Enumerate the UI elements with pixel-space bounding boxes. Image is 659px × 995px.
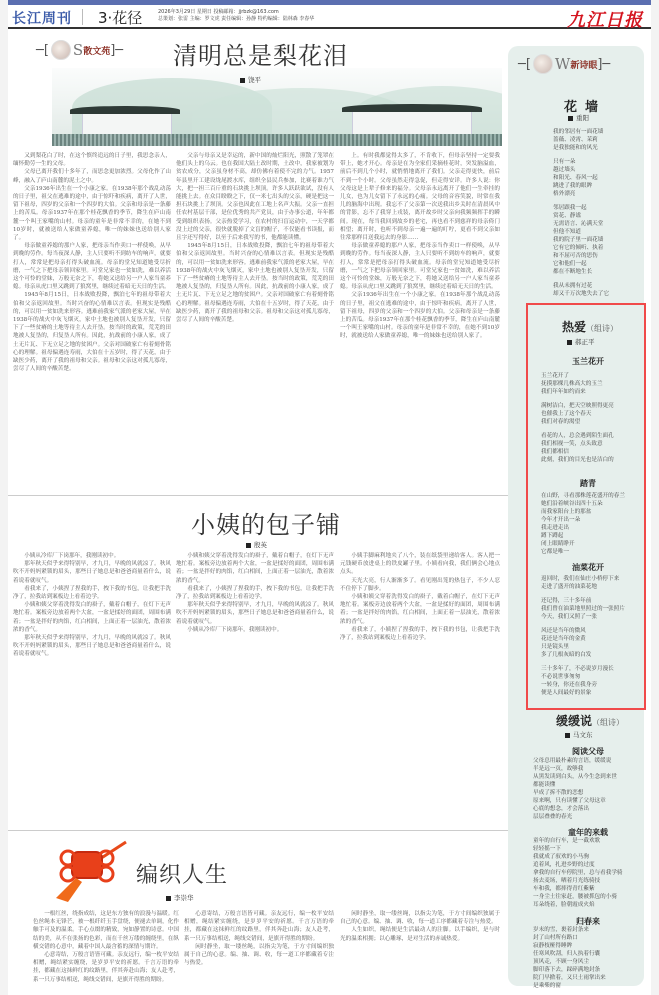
paragraph: 闲时静坐，取一缕丝绳，以指尖为笔，于方寸间编织独属于自己的心意。编、抽、调、收，…: [184, 943, 334, 968]
column-letter: W: [555, 55, 570, 73]
poem-line: 便是人间最好的景象: [541, 689, 645, 697]
poem-line: 只有一朵: [553, 158, 643, 166]
stanza: 邻居跟我一起 赏花、静谧 无需语言、沁满天堂 但他不知道 我的院子里一面花墙 它…: [553, 204, 643, 276]
article1-column-3: 上。有时我都觉得太多了，不肯收下，但母亲坚持一定要我带上，她才开心。母亲是在为全…: [340, 152, 500, 487]
stanza: 满树洁白，把天空映照得更亮 也催我上了这个春天 我们对春的渴望: [541, 402, 645, 426]
paragraph: 一根红丝，绕指成结，这是东方独有的浪漫与温暖。红色丝绳本无锋芒，被一根纤纤玉手盘…: [33, 910, 179, 951]
poem-line: 都在不断地生长: [553, 268, 643, 276]
poem-line: 无需语言、沁满天堂: [553, 220, 643, 228]
poem-line: 我们都相信: [541, 448, 645, 456]
paragraph: 闲时静坐，取一缕丝绳，以指尖为笔，于方寸间编织独属于自己的心意。编、抽、调、收，…: [340, 910, 500, 926]
bullet-square-icon: [240, 78, 245, 83]
poem-line: 看花的人，总会遇到陌生面孔: [541, 432, 645, 440]
poem-line: 车和我，都摔得青红紫紫: [533, 885, 645, 893]
poem-line: 顶风走，不顾一身风尘: [533, 958, 645, 966]
paragraph: 小姨和姨父穿着洗得发白的褂子，戴着白帽子，在灯下无声地忙着。案板旁边放着两个大盆…: [340, 593, 500, 626]
stanza: 还记得，三十多年前 我们曾在油菜地里照过的一张照片 今天，我们又照了一张: [541, 597, 645, 621]
paragraph: 小姨从冷库厂下岗那年，我刚读初中。: [176, 626, 334, 634]
poem-line: 在山野，寻看那株莲花盛开的春兰: [541, 492, 645, 500]
poem-line: 却又千万次地失去了它: [553, 290, 643, 298]
poem-line: 三十多年了，不必说岁月漫长: [541, 665, 645, 673]
poem-line: 父母总用最朴素的言语，缓缓说: [533, 757, 645, 765]
poem-line: 它有它的倾听、执着: [553, 244, 643, 252]
poem-line: 是乘柴的窗: [533, 982, 645, 990]
poem-line: 只是镜头里: [541, 643, 645, 651]
article1-column-2: 父亲与母亲又是幸运的，新中国的灿烂阳光，照散了笼罩在他们头上的乌云。也在我国大陆…: [176, 152, 334, 487]
paragraph: 那年秋天似乎来得特别早，才九月，早晚的风就凉了。秋风吹不开妈妈紧锁的眉头，那些日…: [13, 560, 171, 585]
paragraph: 看我来了，小姨捏了捏我的手，拽下我的书包，让我把手洗净了，拉我站到案板边上看着边…: [176, 585, 334, 601]
stanza: 三十多年了，不必说岁月漫长 不必说世事匆匆 一转身，你还在我身旁 便是人间最好的…: [541, 665, 645, 697]
poem-line: 我们曾在油菜地里照过的一张照片: [541, 605, 645, 613]
poem-line: 和不屈可否的思伤: [553, 252, 643, 260]
stanza: 只有一朵 越过墙头 和阳光、春风一起 跳进了我的眼眸 格外漂亮: [553, 158, 643, 198]
poem-line: 扬去麦场，晒着月光练骑技: [533, 877, 645, 885]
poem-line: 我从未拥有过花: [553, 282, 643, 290]
poem2-title: 热爱（组诗）: [540, 318, 640, 335]
article2-byline: 殷英: [246, 540, 267, 549]
paragraph: 看我来了，小姨捏了捏我的手，拽下我的书包，让我把手洗净了，拉我站到案板边上看着边…: [13, 585, 171, 601]
paragraph: 那年秋天似乎来得特别早，才九月，早晚的风就凉了。秋风吹不开妈妈紧锁的眉头，那些日…: [13, 634, 171, 659]
author-name: 李崇华: [174, 894, 194, 902]
bullet-square-icon: [567, 340, 572, 345]
article1-byline: 饶平: [240, 75, 261, 84]
poem-line: 还记得，三十多年前: [541, 597, 645, 605]
paragraph: 1945年8月15日，日本战败投降，飘泊七年的祖母带着大伯和父亲返回故里。当时兴…: [13, 291, 171, 373]
paragraph: 父亲与母亲又是幸运的，新中国的灿烂阳光，照散了笼罩在他们头上的乌云。也在我国大陆…: [176, 152, 334, 242]
poem-line: 一身尘土往家赶，腰被抓包的小骑: [533, 893, 645, 901]
article2-column-2: 小姨和姨父穿着洗得发白的褂子，戴着白帽子，在灯下无声地忙着。案板旁边放着两个大盆…: [176, 552, 334, 822]
column-letter: S: [73, 41, 83, 59]
poem-line: 早成了拆不散的恋想: [533, 789, 645, 797]
article2-column-1: 小姨从冷库厂下岗那年，我刚读初中。 那年秋天似乎来得特别早，才九月，早晚的风就凉…: [13, 552, 171, 822]
poem2-title-text: 热爱: [562, 320, 586, 334]
poem-line: 岁末的雪，裹着封条来: [533, 926, 645, 934]
poem-line: 我就成了驭欢的小马驹: [533, 853, 645, 861]
poem2-section1-body: 玉兰花开了 抚摸那棵几株高大的玉兰 我们年年如约而来 满树洁白，把天空映照得更亮…: [541, 372, 645, 470]
stanza: 在山野，寻看那株莲花盛开的春兰 她们沿着峡谷出四十五朵 而我家阳台上的那盆 今年…: [541, 492, 645, 556]
column-tag-poetry: ─[ W 新诗眼 ]─: [518, 54, 610, 74]
paragraph: 小姨从冷库厂下岗那年，我刚读初中。: [13, 552, 171, 560]
poem-line: 但他不知道: [553, 228, 643, 236]
column-name: 散文苑: [83, 44, 110, 57]
poem-line: 越过墙头: [553, 166, 643, 174]
author-name: 饶平: [248, 76, 261, 84]
paragraph: 母亲做童养媳的那户人家，把母亲当作卖口一样使唤，从早到晚的劳作。每当夜深人静，主…: [340, 242, 500, 291]
header-meta: 2026年3月29日 星期日 投稿邮箱：jjrbzk@163.com 总策划：张…: [158, 9, 358, 23]
poem-line: 从黑发读到白头，从今生念到来世: [533, 773, 645, 781]
article3-title: 编织人生: [136, 858, 228, 889]
bracket-right-icon: ]─: [110, 43, 123, 58]
stanza: 童年的自行车，是一截欢歌 轻轻摇一下 我就成了驭欢的小马驹 追着风，扎进乡野的过…: [533, 837, 645, 909]
poem-line: 是我独能和的风光: [553, 144, 643, 152]
paragraph: 母亲做童养媳的那户人家，把母亲当作卖口一样使唤，从早到晚的劳作。每当夜深人静，主…: [13, 242, 171, 291]
paragraph: 上。有时我都觉得太多了，不肯收下，但母亲坚持一定要我带上，她才开心。母亲是在为全…: [340, 152, 500, 242]
stanza: 父母总用最朴素的言语，缓缓说 半是远一页，故够我 从黑发读到白头，从今生念到来世…: [533, 757, 645, 821]
poem-line: 层层叠叠的春光: [533, 813, 645, 821]
article3-byline: 李崇华: [166, 893, 194, 902]
article2-column-3: 小姨手脚麻利地夹了八个，装在纸袋里递给客人。客人把一元钱硬币放进桌上的铁皮罐子里…: [340, 552, 500, 822]
poem-line: 心底的想念，才会落出: [533, 805, 645, 813]
staff-line: 总策划：张雷 主编：罗文虎 责任编辑：孙静 特约编辑：陆林森 李春华: [158, 16, 358, 23]
bullet-square-icon: [565, 733, 570, 738]
stanza: 我从未拥有过花 却又千万次地失去了它: [553, 282, 643, 298]
article3-column-3: 闲时静坐，取一缕丝绳，以指尖为笔，于方寸间编织独属于自己的心意。编、抽、调、收，…: [340, 910, 500, 992]
poem-line: 格外漂亮: [553, 190, 643, 198]
paragraph: 父亲1936年出生在一个小康之家。在1938年那个战乱动荡的日子里，祖父在逃难的…: [13, 185, 171, 242]
stanza: 我的邻居有一面花墙 蔷薇、凌霄、茉莉 是我独能和的风光: [553, 128, 643, 152]
paragraph: 天光大亮，行人渐渐多了。看见刚出笼的热包子，不少人忍不住停下了脚步。: [340, 577, 500, 593]
poem2-section-heading: 踏青: [540, 478, 636, 489]
poem-line: 抚摸那棵几株高大的玉兰: [541, 380, 645, 388]
poem-line: 也催我上了这个春天: [541, 410, 645, 418]
column-emblem-icon: [533, 54, 553, 74]
article3-column-1: 一根红丝，绕指成结，这是东方独有的浪漫与温暖。红色丝绳本无锋芒，被一根纤纤玉手盘…: [33, 910, 179, 992]
poem-line: 邻居跟我一起: [553, 204, 643, 212]
paragraph: 父亲1936年出生在一个小康之家。在1938年那个战乱动荡的日子里，祖父在逃难的…: [340, 291, 500, 340]
poem-line: 闭上眼睛睁开: [541, 540, 645, 548]
poem3-section3-body: 岁末的雪，裹着封条来 封了山村所有路口 寂静枝桠得睡眸 任寒风吹刮，归人执着行囊…: [533, 926, 645, 995]
bracket-left-icon: ─[: [36, 43, 49, 58]
poem-line: 此刻，我们的目光也是洁白的: [541, 456, 645, 464]
paragraph: 小姨和姨父穿着洗得发白的褂子，戴着白帽子，在灯下无声地忙着。案板旁边放着两个大盆…: [176, 552, 334, 585]
bullet-square-icon: [166, 896, 171, 901]
poem-line: 半是远一页，故够我: [533, 765, 645, 773]
poem3-title: 缓缓说（组诗）: [534, 712, 646, 729]
stanza: 看花的人，总会遇到陌生面孔 我们相视一笑，点头致意 我们都相信 此刻，我们的目光…: [541, 432, 645, 464]
paragraph: 小姨手脚麻利地夹了八个，装在纸袋里递给客人。客人把一元钱硬币放进桌上的铁皮罐子里…: [340, 552, 500, 577]
poem-line: 任寒风吹刮，归人执着行囊: [533, 950, 645, 958]
column-emblem-icon: [51, 40, 71, 60]
poem-line: 花还是当年的金黄: [541, 635, 645, 643]
poem3-subtitle: （组诗）: [592, 718, 624, 727]
poem2-section-heading: 玉兰花开: [540, 356, 636, 367]
poem-line: 我的院子里一面花墙: [553, 236, 643, 244]
poem-line: 耳朵绕着，脸朝霞成火焰: [533, 901, 645, 909]
poem2-subtitle: （组诗）: [586, 324, 618, 333]
poem-line: 我的邻居有一面花墙: [553, 128, 643, 136]
chinese-knot-icon: [46, 838, 136, 904]
poem-line: 我走进走出: [541, 524, 645, 532]
poem2-byline: 郝正平: [567, 337, 595, 346]
poem-line: 今天，我们又照了一张: [541, 613, 645, 621]
poem-line: 它和他们一起: [553, 260, 643, 268]
poem-line: 和阳光、春风一起: [553, 174, 643, 182]
poem-line: 我们相视一笑，点头致意: [541, 440, 645, 448]
poem3-section1-body: 父母总用最朴素的言语，缓缓说 半是远一页，故够我 从黑发读到白头，从今生念到来世…: [533, 757, 645, 827]
poem-line: 拿我的自行车停院里，总与看我学骑: [533, 869, 645, 877]
paragraph: 1945年8月15日，日本战败投降，飘泊七年的祖母带着大伯和父亲返回故里。当时兴…: [176, 242, 334, 324]
poem3-byline: 马文东: [565, 730, 593, 739]
article1-title: 清明总是梨花泪: [173, 36, 348, 71]
poem-line: 而我家阳台上的那盆: [541, 508, 645, 516]
poem-line: 玉兰花开了: [541, 372, 645, 380]
author-name: 殷英: [254, 541, 267, 549]
poem-line: 今年才开出一朵: [541, 516, 645, 524]
stanza: 风还是当年的微风 花还是当年的金黄 只是镜头里 多了几根灰暗的白发: [541, 627, 645, 659]
poem-line: 我们年年如约而来: [541, 388, 645, 396]
brand-title: 长江周刊: [12, 8, 72, 28]
section-label: 3·花径: [98, 7, 142, 28]
stanza: 返回时，我们在仙庄小桥停下来 走进了盛开的油菜花地: [541, 575, 645, 591]
house-roof: [342, 104, 482, 112]
header-divider: [82, 9, 83, 25]
poem3-section-heading: 阅读父母: [540, 746, 636, 757]
section-divider: [8, 495, 508, 496]
poem-line: 追着风，扎进乡野的过度: [533, 861, 645, 869]
poem2-section2-body: 在山野，寻看那株莲花盛开的春兰 她们沿着峡谷出四十五朵 而我家阳台上的那盆 今年…: [541, 492, 645, 562]
poem1-byline: 重阳: [568, 113, 589, 122]
date-line: 2026年3月29日 星期日 投稿邮箱：jjrbzk@163.com: [158, 9, 358, 16]
poem-line: 院门早掀着，又只土雨掌出来: [533, 974, 645, 982]
poem-line: 她们沿着峡谷出四十五朵: [541, 500, 645, 508]
paragraph: 心意寄结，万般言语皆可藏。亲友远行，编一枚平安结相赠，绳结紧实缠绕，是岁岁平安的…: [184, 910, 334, 943]
poem3-section2-body: 童年的自行车，是一截欢歌 轻轻摇一下 我就成了驭欢的小马驹 追着风，扎进乡野的过…: [533, 837, 645, 915]
poem-line: 封了山村所有路口: [533, 934, 645, 942]
poem-line: 蔷薇、凌霄、茉莉: [553, 136, 643, 144]
poem1-body: 我的邻居有一面花墙 蔷薇、凌霄、茉莉 是我独能和的风光 只有一朵 越过墙头 和阳…: [553, 128, 643, 304]
poem-line: 赏花、静谧: [553, 212, 643, 220]
poem-line: 原来啊，只有读懂了父母这章: [533, 797, 645, 805]
paragraph: 看我来了，小姨捏了捏我的手，拽下我的书包，让我把手洗净了，拉我站到案板边上看着边…: [340, 626, 500, 642]
paragraph: 又到梨花白了时，在这个慎终追远的日子里，我思念亲人，缅怀勤劳一生的父母。: [13, 152, 171, 168]
bracket-right-icon: ]─: [597, 57, 610, 72]
paragraph: 小姨和姨父穿着洗得发白的褂子，戴着白帽子，在灯下无声地忙着。案板旁边放着两个大盆…: [13, 601, 171, 634]
poem-line: 走进了盛开的油菜花地: [541, 583, 645, 591]
bracket-left-icon: ─[: [518, 57, 531, 72]
poem-line: 风还是当年的微风: [541, 627, 645, 635]
ink-painting-banner: [52, 68, 502, 146]
bullet-square-icon: [246, 543, 251, 548]
article2-title: 小姨的包子铺: [191, 505, 341, 540]
poem-line: 童年的自行车，是一截欢歌: [533, 837, 645, 845]
column-tag-essay: ─[ S 散文苑 ]─: [36, 40, 123, 60]
poem-line: 多了几根灰暗的白发: [541, 651, 645, 659]
paragraph: 父母已离开我们十多年了，而思念更加浓烈。父母化作了山峰，融入了庐山南麓的泥土之中…: [13, 168, 171, 184]
poem-line: 一转身，你还在我身旁: [541, 681, 645, 689]
poem-line: 寂静枝桠得睡眸: [533, 942, 645, 950]
page-header: 长江周刊 3·花径 2026年3月29日 星期日 投稿邮箱：jjrbzk@163…: [8, 5, 651, 29]
poem-line: 蹲下蹲起: [541, 532, 645, 540]
stanza: 岁末的雪，裹着封条来 封了山村所有路口 寂静枝桠得睡眸 任寒风吹刮，归人执着行囊…: [533, 926, 645, 990]
article1-column-1: 又到梨花白了时，在这个慎终追远的日子里，我思念亲人，缅怀勤劳一生的父母。 父母已…: [13, 152, 171, 487]
paragraph: 人生如织，绳结便是生活最动人的注脚。以手编织，是与时光的温柔相拥；以心雕琢，是对…: [340, 926, 500, 942]
paragraph: 心意寄结，万般言语皆可藏。亲友远行，编一枚平安结相赠，绳结紧实缠绕，是岁岁平安的…: [33, 951, 179, 984]
bullet-square-icon: [568, 116, 573, 121]
stanza: 玉兰花开了 抚摸那棵几株高大的玉兰 我们年年如约而来: [541, 372, 645, 396]
author-name: 重阳: [576, 114, 589, 122]
house-roof: [70, 106, 180, 114]
poem2-section3-body: 返回时，我们在仙庄小桥停下来 走进了盛开的油菜花地 还记得，三十多年前 我们曾在…: [541, 575, 645, 703]
poem-line: 满树洁白，把天空映照得更亮: [541, 402, 645, 410]
poem3-title-text: 缓缓说: [556, 714, 592, 728]
poem-line: 跳进了我的眼眸: [553, 182, 643, 190]
column-name: 新诗眼: [570, 58, 597, 71]
poem-line: 脚印落下去，踩碎满地封条: [533, 966, 645, 974]
author-name: 马文东: [573, 731, 593, 739]
poem-line: 它都是唯一: [541, 548, 645, 556]
poem2-section-heading: 油菜花开: [540, 562, 636, 573]
paragraph: 那年秋天似乎来得特别早，才九月，早晚的风就凉了。秋风吹不开妈妈紧锁的眉头，那些日…: [176, 601, 334, 626]
roof-tiles: [52, 134, 502, 146]
section-divider: [8, 830, 508, 831]
article3-column-2: 心意寄结，万般言语皆可藏。亲友远行，编一枚平安结相赠，绳结紧实缠绕，是岁岁平安的…: [184, 910, 334, 992]
poem-line: 都能读懂: [533, 781, 645, 789]
author-name: 郝正平: [575, 338, 595, 346]
poem-line: 不必说世事匆匆: [541, 673, 645, 681]
poem-line: 我们对春的渴望: [541, 418, 645, 426]
poem-line: 返回时，我们在仙庄小桥停下来: [541, 575, 645, 583]
poem-line: 轻轻摇一下: [533, 845, 645, 853]
paper-logo: 九江日报: [567, 6, 643, 32]
